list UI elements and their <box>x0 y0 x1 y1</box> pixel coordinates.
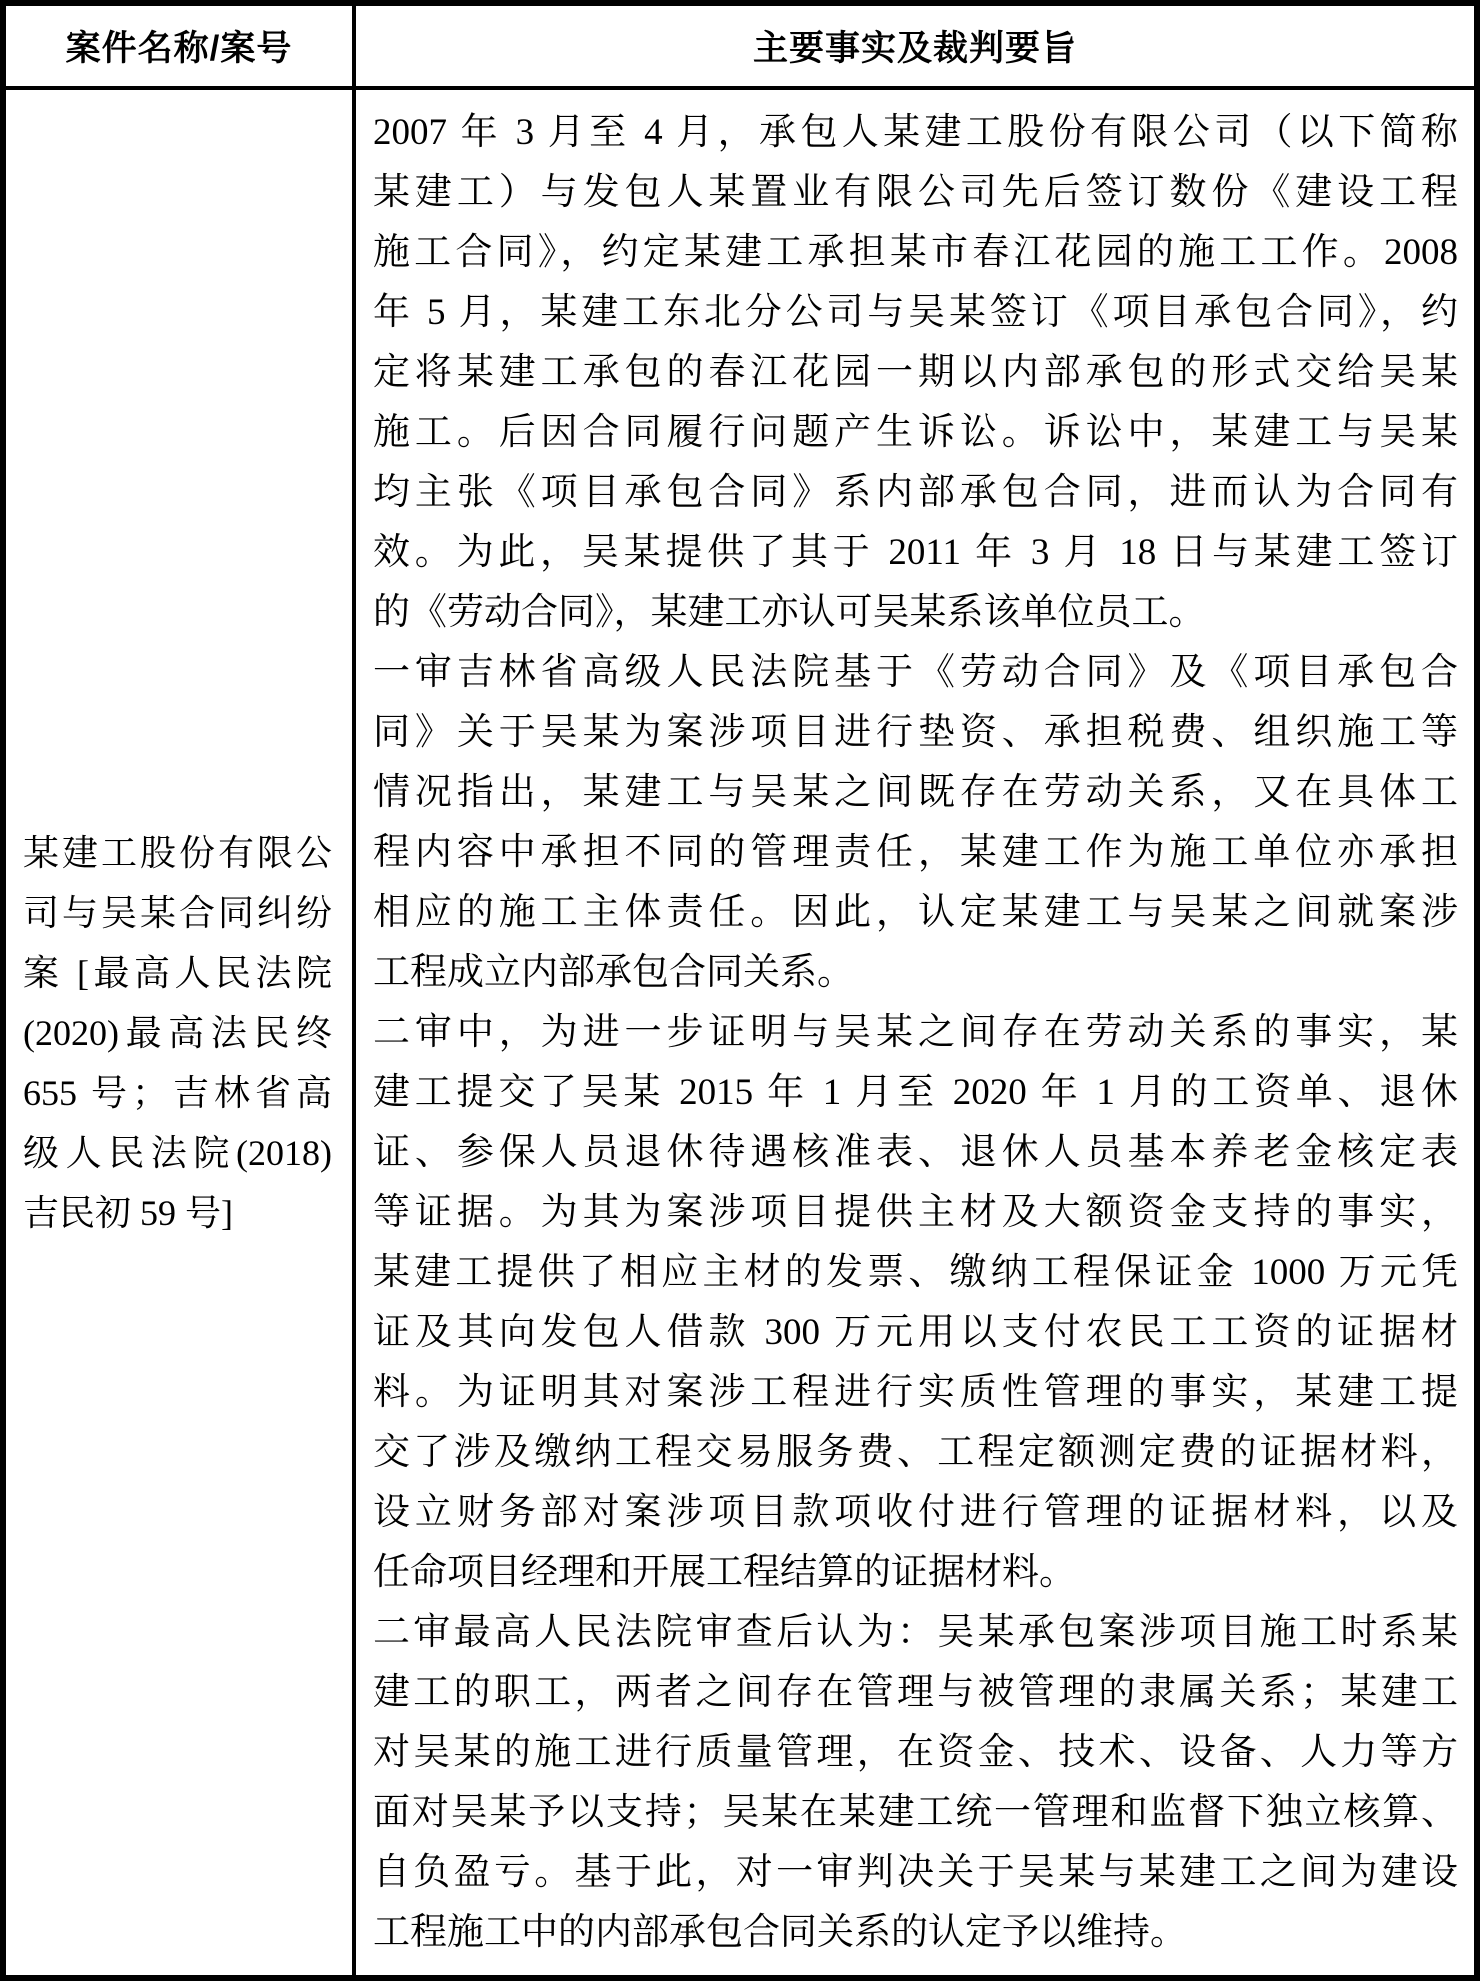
text-line: 等证据。为其为案涉项目提供主材及大额资金支持的事实， <box>373 1183 1458 1243</box>
text-line: 年 5 月，某建工东北分公司与吴某签订《项目承包合同》，约 <box>373 283 1458 343</box>
case-table: 案件名称/案号 主要事实及裁判要旨 某建工股份有限公司与吴某合同纠纷案 [最高人… <box>0 0 1480 1981</box>
text-line: 吉民初 59 号] <box>23 1183 332 1243</box>
case-table-page: 案件名称/案号 主要事实及裁判要旨 某建工股份有限公司与吴某合同纠纷案 [最高人… <box>0 0 1480 1981</box>
text-line: 655 号；吉林省高 <box>23 1063 332 1123</box>
text-line: 情况指出，某建工与吴某之间既存在劳动关系，又在具体工 <box>373 763 1458 823</box>
table-body-row: 某建工股份有限公司与吴某合同纠纷案 [最高人民法院(2020)最高法民终655 … <box>6 90 1474 1975</box>
case-name-cell: 某建工股份有限公司与吴某合同纠纷案 [最高人民法院(2020)最高法民终655 … <box>6 90 356 1975</box>
text-line: 面对吴某予以支持；吴某在某建工统一管理和监督下独立核算、 <box>373 1783 1458 1843</box>
header-cell-case-name: 案件名称/案号 <box>6 6 356 86</box>
text-line: 对吴某的施工进行质量管理，在资金、技术、设备、人力等方 <box>373 1723 1458 1783</box>
text-line: 二审最高人民法院审查后认为：吴某承包案涉项目施工时系某 <box>373 1603 1458 1663</box>
text-line: 某建工）与发包人某置业有限公司先后签订数份《建设工程 <box>373 163 1458 223</box>
facts-cell-text: 2007 年 3 月至 4 月，承包人某建工股份有限公司（以下简称某建工）与发包… <box>373 103 1458 1963</box>
text-line: 证、参保人员退休待遇核准表、退休人员基本养老金核定表 <box>373 1123 1458 1183</box>
text-line: 定将某建工承包的春江花园一期以内部承包的形式交给吴某 <box>373 343 1458 403</box>
text-line: 程内容中承担不同的管理责任，某建工作为施工单位亦承担 <box>373 823 1458 883</box>
text-line: 施工。后因合同履行问题产生诉讼。诉讼中，某建工与吴某 <box>373 403 1458 463</box>
facts-cell: 2007 年 3 月至 4 月，承包人某建工股份有限公司（以下简称某建工）与发包… <box>356 90 1474 1975</box>
text-line: 均主张《项目承包合同》系内部承包合同，进而认为合同有 <box>373 463 1458 523</box>
text-line: 交了涉及缴纳工程交易服务费、工程定额测定费的证据材料， <box>373 1423 1458 1483</box>
text-line: 任命项目经理和开展工程结算的证据材料。 <box>373 1543 1458 1603</box>
text-line: 建工的职工，两者之间存在管理与被管理的隶属关系；某建工 <box>373 1663 1458 1723</box>
text-line: 一审吉林省高级人民法院基于《劳动合同》及《项目承包合 <box>373 643 1458 703</box>
text-line: 同》关于吴某为案涉项目进行垫资、承担税费、组织施工等 <box>373 703 1458 763</box>
text-line: 料。为证明其对案涉工程进行实质性管理的事实，某建工提 <box>373 1363 1458 1423</box>
text-line: 2007 年 3 月至 4 月，承包人某建工股份有限公司（以下简称 <box>373 103 1458 163</box>
text-line: (2020)最高法民终 <box>23 1003 332 1063</box>
text-line: 某建工股份有限公 <box>23 823 332 883</box>
text-line: 级人民法院(2018) <box>23 1123 332 1183</box>
text-line: 的《劳动合同》，某建工亦认可吴某系该单位员工。 <box>373 583 1458 643</box>
text-line: 施工合同》，约定某建工承担某市春江花园的施工工作。2008 <box>373 223 1458 283</box>
text-line: 设立财务部对案涉项目款项收付进行管理的证据材料，以及 <box>373 1483 1458 1543</box>
text-line: 二审中，为进一步证明与吴某之间存在劳动关系的事实，某 <box>373 1003 1458 1063</box>
text-line: 案 [最高人民法院 <box>23 943 332 1003</box>
case-name-cell-text: 某建工股份有限公司与吴某合同纠纷案 [最高人民法院(2020)最高法民终655 … <box>23 823 332 1243</box>
text-line: 司与吴某合同纠纷 <box>23 883 332 943</box>
text-line: 证及其向发包人借款 300 万元用以支付农民工工资的证据材 <box>373 1303 1458 1363</box>
text-line: 自负盈亏。基于此，对一审判决关于吴某与某建工之间为建设 <box>373 1843 1458 1903</box>
text-line: 某建工提供了相应主材的发票、缴纳工程保证金 1000 万元凭 <box>373 1243 1458 1303</box>
table-header-row: 案件名称/案号 主要事实及裁判要旨 <box>6 6 1474 90</box>
text-line: 工程成立内部承包合同关系。 <box>373 943 1458 1003</box>
text-line: 工程施工中的内部承包合同关系的认定予以维持。 <box>373 1903 1458 1963</box>
text-line: 相应的施工主体责任。因此，认定某建工与吴某之间就案涉 <box>373 883 1458 943</box>
text-line: 效。为此，吴某提供了其于 2011 年 3 月 18 日与某建工签订 <box>373 523 1458 583</box>
header-cell-facts: 主要事实及裁判要旨 <box>356 6 1474 86</box>
text-line: 建工提交了吴某 2015 年 1 月至 2020 年 1 月的工资单、退休 <box>373 1063 1458 1123</box>
